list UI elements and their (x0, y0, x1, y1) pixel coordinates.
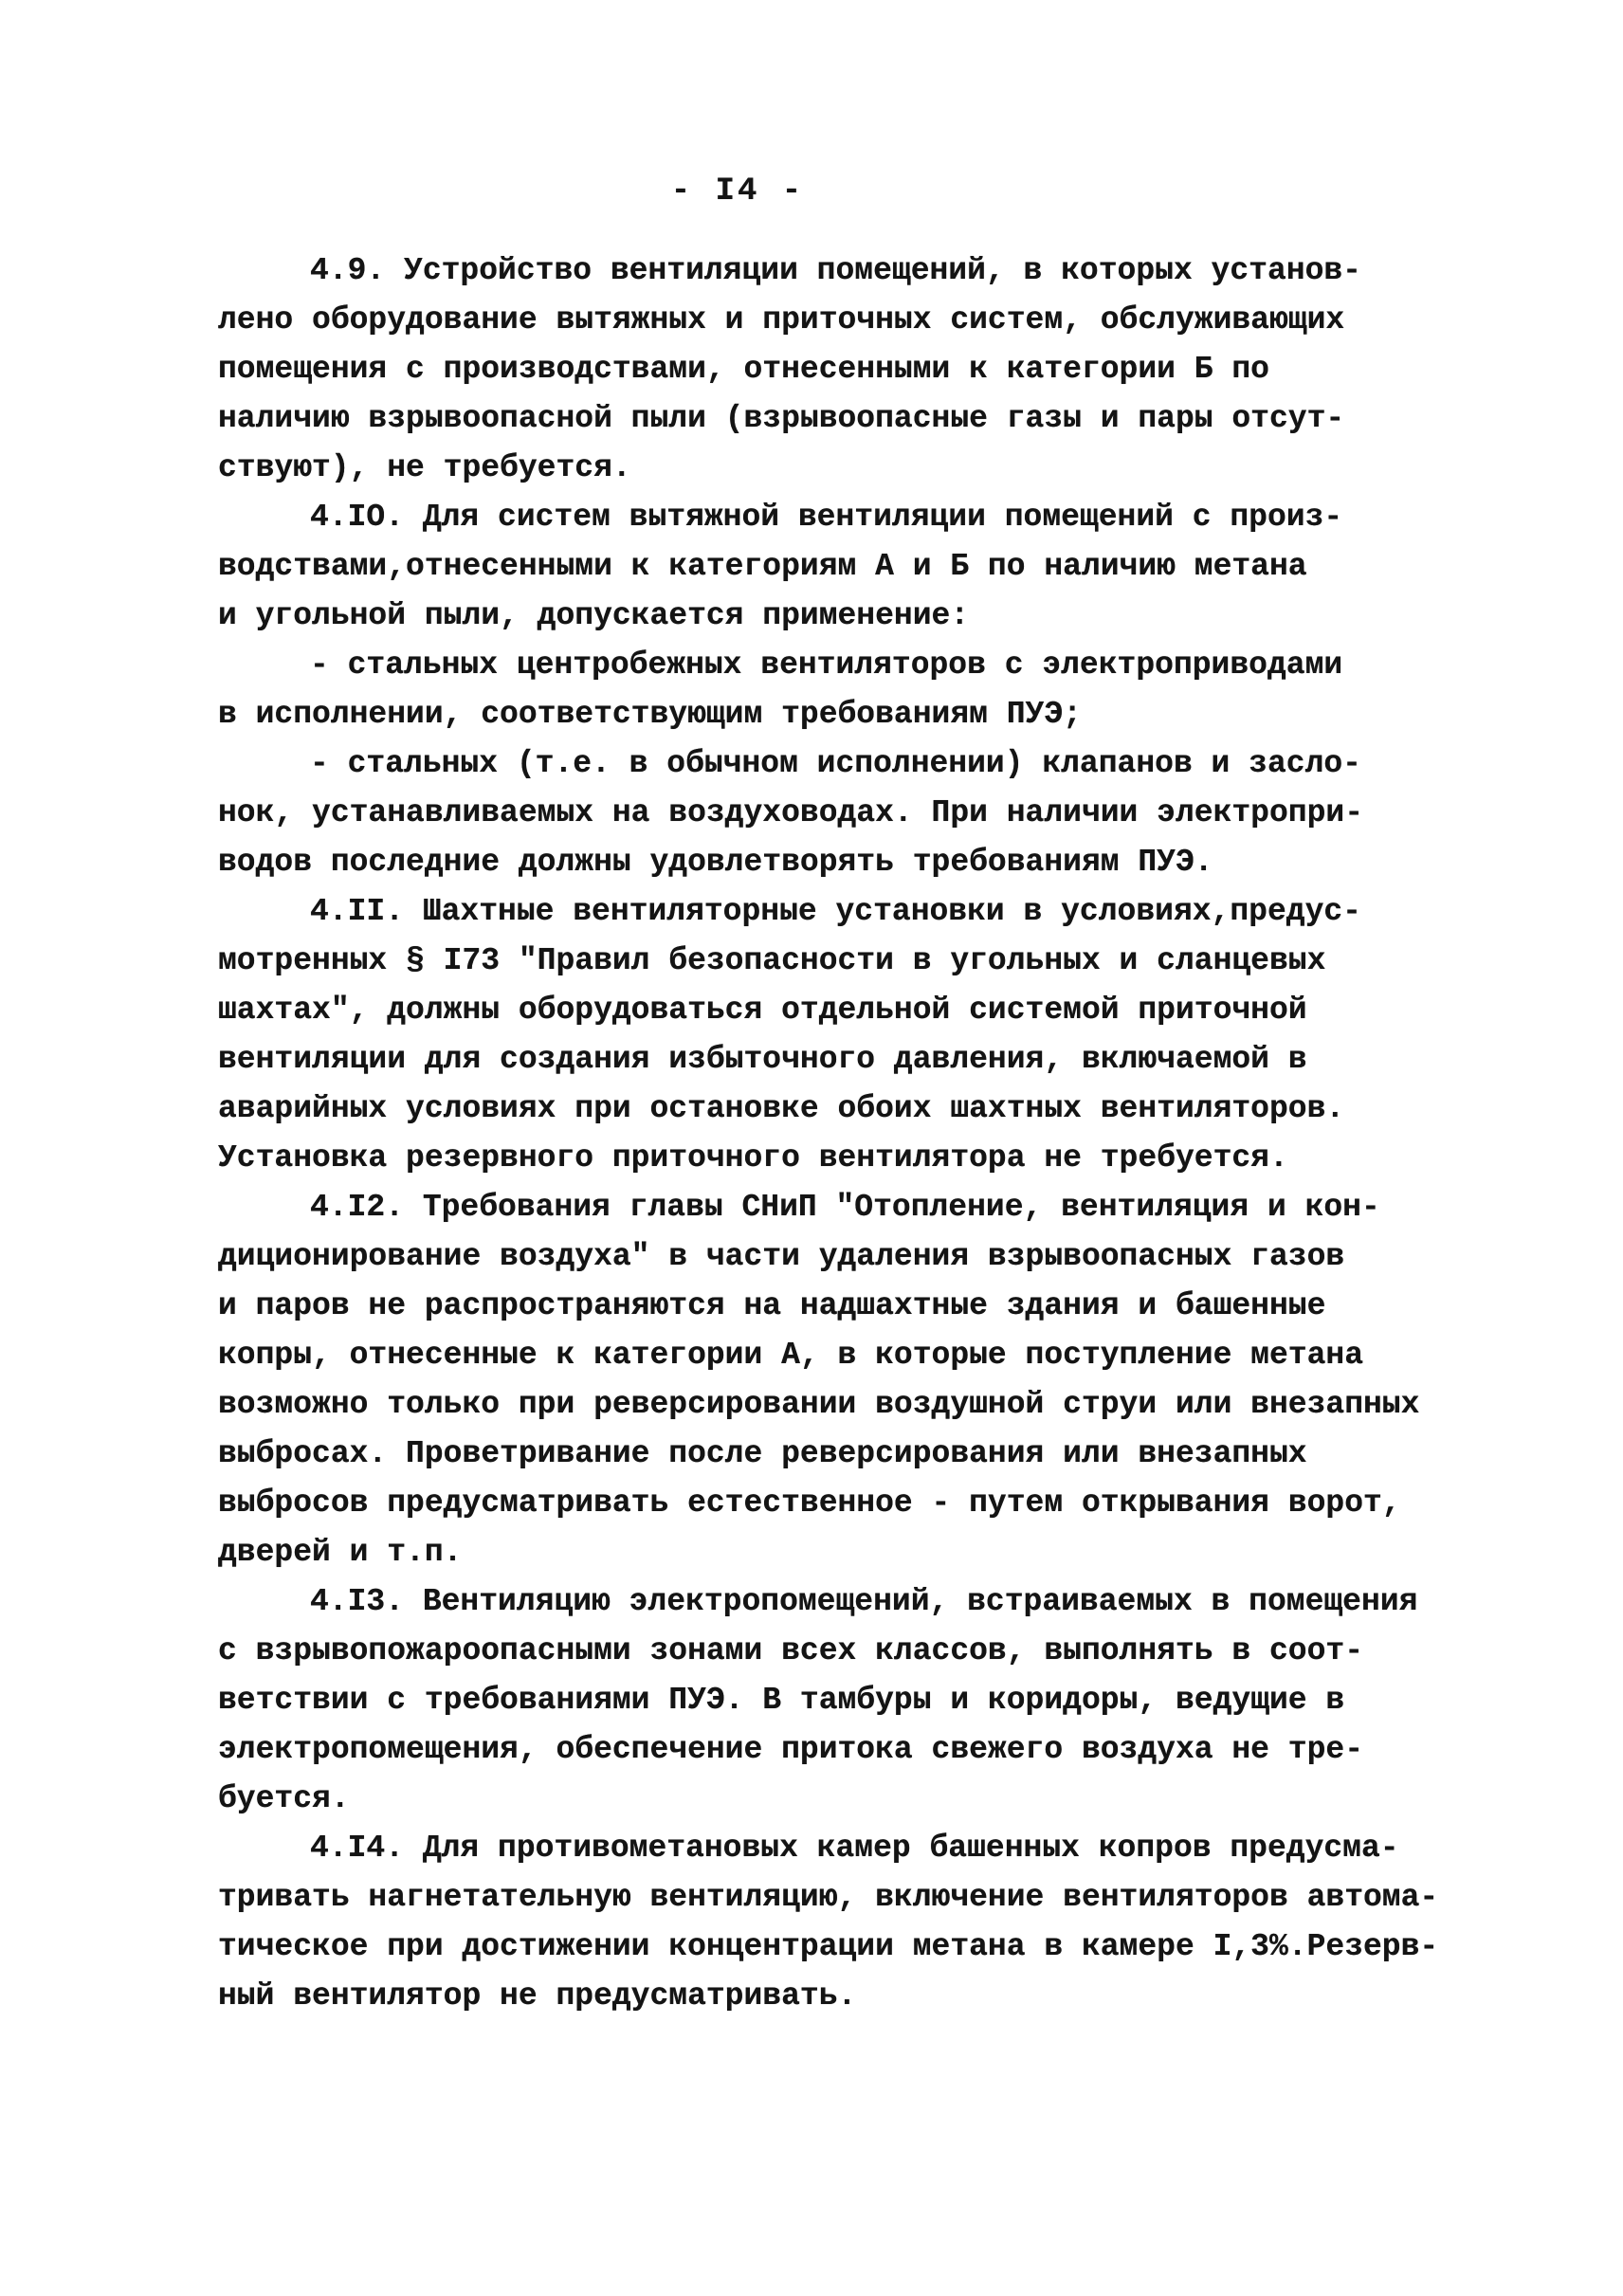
page-number: - I4 - (671, 173, 804, 210)
paragraph-4-12: 4.I2. Требования главы СНиП "Отопление, … (218, 1183, 1479, 1577)
document-page: - I4 - 4.9. Устройство вентиляции помеще… (0, 0, 1623, 2296)
paragraph-4-13: 4.I3. Вентиляцию электропомещений, встра… (218, 1577, 1479, 1824)
paragraph-4-10-item-2: - стальных (т.е. в обычном исполнении) к… (218, 739, 1479, 887)
document-body: 4.9. Устройство вентиляции помещений, в … (218, 246, 1479, 2021)
paragraph-4-9: 4.9. Устройство вентиляции помещений, в … (218, 246, 1479, 493)
paragraph-4-10-item-1: - стальных центробежных вентиляторов с э… (218, 641, 1479, 739)
paragraph-4-14: 4.I4. Для противометановых камер башенны… (218, 1824, 1479, 2021)
paragraph-4-11: 4.II. Шахтные вентиляторные установки в … (218, 887, 1479, 1183)
paragraph-4-10: 4.IO. Для систем вытяжной вентиляции пом… (218, 493, 1479, 641)
